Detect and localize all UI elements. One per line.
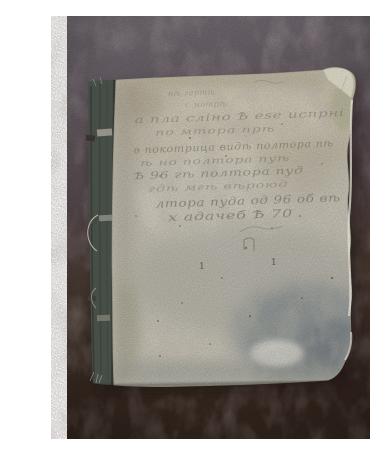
photo-of-manuscript-book: нѣ гартѣ с мотрѣ а пла сліно Ѣ еѕе испрн… <box>40 16 370 439</box>
photo-grain <box>67 16 370 439</box>
